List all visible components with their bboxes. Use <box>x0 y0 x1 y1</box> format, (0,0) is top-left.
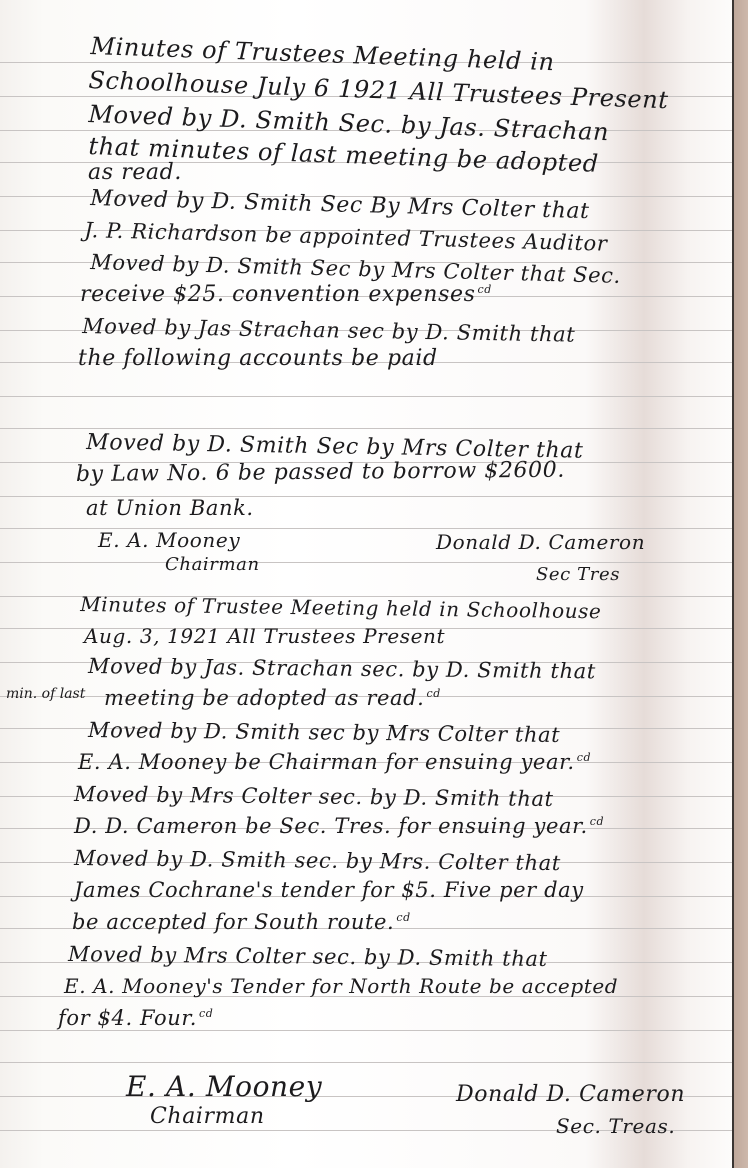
meeting2-line: be accepted for South route.cd <box>72 910 411 934</box>
ruled-line <box>0 1062 732 1063</box>
meeting1-line: receive $25. convention expensescd <box>80 282 492 307</box>
meeting1-line: Moved by Jas Strachan sec by D. Smith th… <box>82 314 576 347</box>
meeting1-line: as read. <box>88 160 182 185</box>
chairman-title: Chairman <box>150 1104 265 1129</box>
ruled-line <box>0 396 732 397</box>
secretary-title: Sec Tres <box>536 564 620 585</box>
chairman-title: Chairman <box>165 554 260 575</box>
meeting2-line: Moved by Mrs Colter sec. by D. Smith tha… <box>74 782 554 811</box>
ruled-line <box>0 562 732 563</box>
ledger-page: Minutes of Trustees Meeting held in Scho… <box>0 0 734 1168</box>
meeting2-line: meeting be adopted as read.cd <box>104 686 441 710</box>
book-spine-edge <box>734 0 748 1168</box>
secretary-signature: Donald D. Cameron <box>436 530 645 554</box>
meeting1-line: by Law No. 6 be passed to borrow $2600. <box>76 458 565 487</box>
ruled-line <box>0 1030 732 1031</box>
meeting2-line: Moved by D. Smith sec. by Mrs. Colter th… <box>74 846 561 875</box>
meeting2-line: Aug. 3, 1921 All Trustees Present <box>84 624 445 648</box>
ruled-line <box>0 428 732 429</box>
margin-note: min. of last <box>6 686 85 702</box>
chairman-signature: E. A. Mooney <box>126 1070 322 1103</box>
meeting2-line: James Cochrane's tender for $5. Five per… <box>74 878 584 902</box>
meeting1-line: Moved by D. Smith Sec By Mrs Colter that <box>90 186 590 224</box>
meeting2-line: E. A. Mooney be Chairman for ensuing yea… <box>78 750 591 774</box>
meeting2-line: Moved by Jas. Strachan sec. by D. Smith … <box>88 654 596 683</box>
chairman-signature: E. A. Mooney <box>98 528 240 552</box>
meeting2-line: Moved by Mrs Colter sec. by D. Smith tha… <box>68 942 548 971</box>
meeting2-line: D. D. Cameron be Sec. Tres. for ensuing … <box>74 814 604 838</box>
secretary-signature: Donald D. Cameron <box>456 1082 685 1107</box>
meeting1-line: J. P. Richardson be appointed Trustees A… <box>84 218 608 256</box>
meeting2-line: for $4. Four.cd <box>58 1006 213 1030</box>
secretary-title: Sec. Treas. <box>556 1114 675 1138</box>
meeting1-line: at Union Bank. <box>86 496 254 520</box>
meeting2-line: Moved by D. Smith sec by Mrs Colter that <box>88 718 560 747</box>
meeting2-line: E. A. Mooney's Tender for North Route be… <box>64 974 618 998</box>
meeting1-line: the following accounts be paid <box>78 346 438 371</box>
